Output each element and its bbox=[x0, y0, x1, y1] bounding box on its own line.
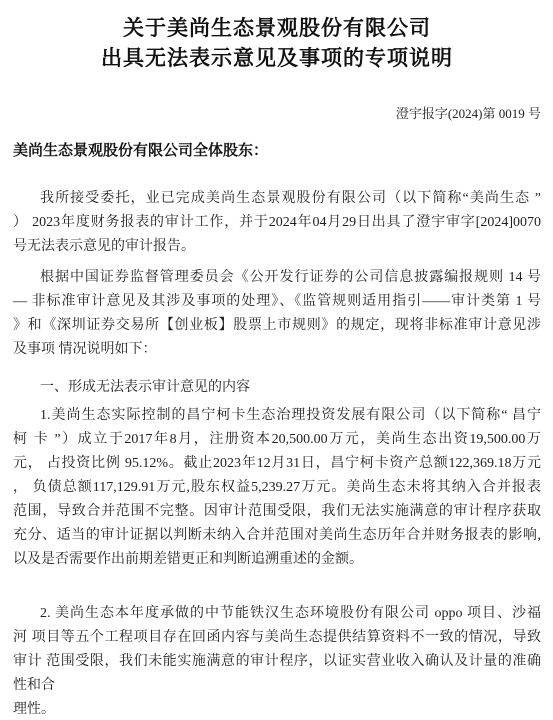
text-line: 根据中国证券监督管理委员会《公开发行证券的公司信息披露编报规则 14 号 bbox=[13, 266, 541, 290]
text-line: — 非标准审计意见及其涉及事项的处理》、《监管规则适用指引——审计类第 1 号 bbox=[13, 290, 541, 314]
text-line: 2. 美尚生态本年度承做的中节能铁汉生态环境股份有限公司 oppo 项目、沙福 bbox=[13, 602, 541, 626]
text-line: ， 负债总额117,129.91万元,股东权益5,239.27万元。美尚生态未将… bbox=[13, 476, 541, 500]
text-line: 范围，导致合并范围不完整。因审计范围受限，我们无法实施满意的审计程序获取 bbox=[13, 500, 541, 524]
text-line: 元， 占投资比例 95.12%。截止2023年12月31日，昌宁柯卡资产总额12… bbox=[13, 452, 541, 476]
document-title-line-2: 出具无法表示意见及事项的专项说明 bbox=[13, 44, 541, 74]
text-line: 》和《深圳证券交易所【创业板】股票上市规则》的规定，现将非标准审计意见涉 bbox=[13, 314, 541, 338]
text-line: 1.美尚生态实际控制的昌宁柯卡生态治理投资发展有限公司（以下简称“ 昌宁 bbox=[13, 404, 541, 428]
text-line: 我所接受委托，业已完成美尚生态景观股份有限公司（以下简称“美尚生态 ” bbox=[13, 187, 541, 211]
text-line: 充分、适当的审计证据以判断未纳入合并范围对美尚生态历年合并财务报表的影响, bbox=[13, 524, 541, 548]
text-line: 及事项 情况说明如下： bbox=[13, 338, 541, 362]
document-title-line-1: 关于美尚生态景观股份有限公司 bbox=[13, 14, 541, 44]
intro-paragraph: 我所接受委托，业已完成美尚生态景观股份有限公司（以下简称“美尚生态 ”） 202… bbox=[13, 187, 541, 259]
salutation: 美尚生态景观股份有限公司全体股东： bbox=[13, 141, 541, 161]
regulation-basis-paragraph: 根据中国证券监督管理委员会《公开发行证券的公司信息披露编报规则 14 号— 非标… bbox=[13, 266, 541, 362]
document-body: 我所接受委托，业已完成美尚生态景观股份有限公司（以下简称“美尚生态 ”） 202… bbox=[13, 187, 541, 720]
text-line: 号无法表示意见的审计报告。 bbox=[13, 235, 541, 259]
section-heading: 一、形成无法表示审计意见的内容 bbox=[13, 376, 541, 400]
text-line: 以及是否需要作出前期差错更正和判断追溯重述的金额。 bbox=[13, 548, 541, 572]
document-title: 关于美尚生态景观股份有限公司 出具无法表示意见及事项的专项说明 bbox=[13, 14, 541, 74]
text-line: 审计 范围受限，我们未能实施满意的审计程序，以证实营业收入确认及计量的准确 bbox=[13, 650, 541, 674]
document-page: 关于美尚生态景观股份有限公司 出具无法表示意见及事项的专项说明 澄宇报字(202… bbox=[0, 0, 553, 720]
text-line: 理性。 bbox=[13, 698, 541, 720]
reference-number: 澄宇报字(2024)第 0019 号 bbox=[13, 105, 541, 122]
text-line: 柯 卡 ”）成立于2017年8月，注册资本20,500.00万元，美尚生态出资1… bbox=[13, 428, 541, 452]
text-line: 河 项目等五个工程项目存在回函内容与美尚生态提供结算资料不一致的情况，导致 bbox=[13, 626, 541, 650]
text-line: 性和合 bbox=[13, 674, 541, 698]
item-1-paragraph: 1.美尚生态实际控制的昌宁柯卡生态治理投资发展有限公司（以下简称“ 昌宁柯 卡 … bbox=[13, 404, 541, 572]
item-2-paragraph: 2. 美尚生态本年度承做的中节能铁汉生态环境股份有限公司 oppo 项目、沙福河… bbox=[13, 602, 541, 720]
text-line: 一、形成无法表示审计意见的内容 bbox=[13, 376, 541, 400]
text-line: ） 2023年度财务报表的审计工作，并于2024年04月29日出具了澄宇审字[2… bbox=[13, 211, 541, 235]
